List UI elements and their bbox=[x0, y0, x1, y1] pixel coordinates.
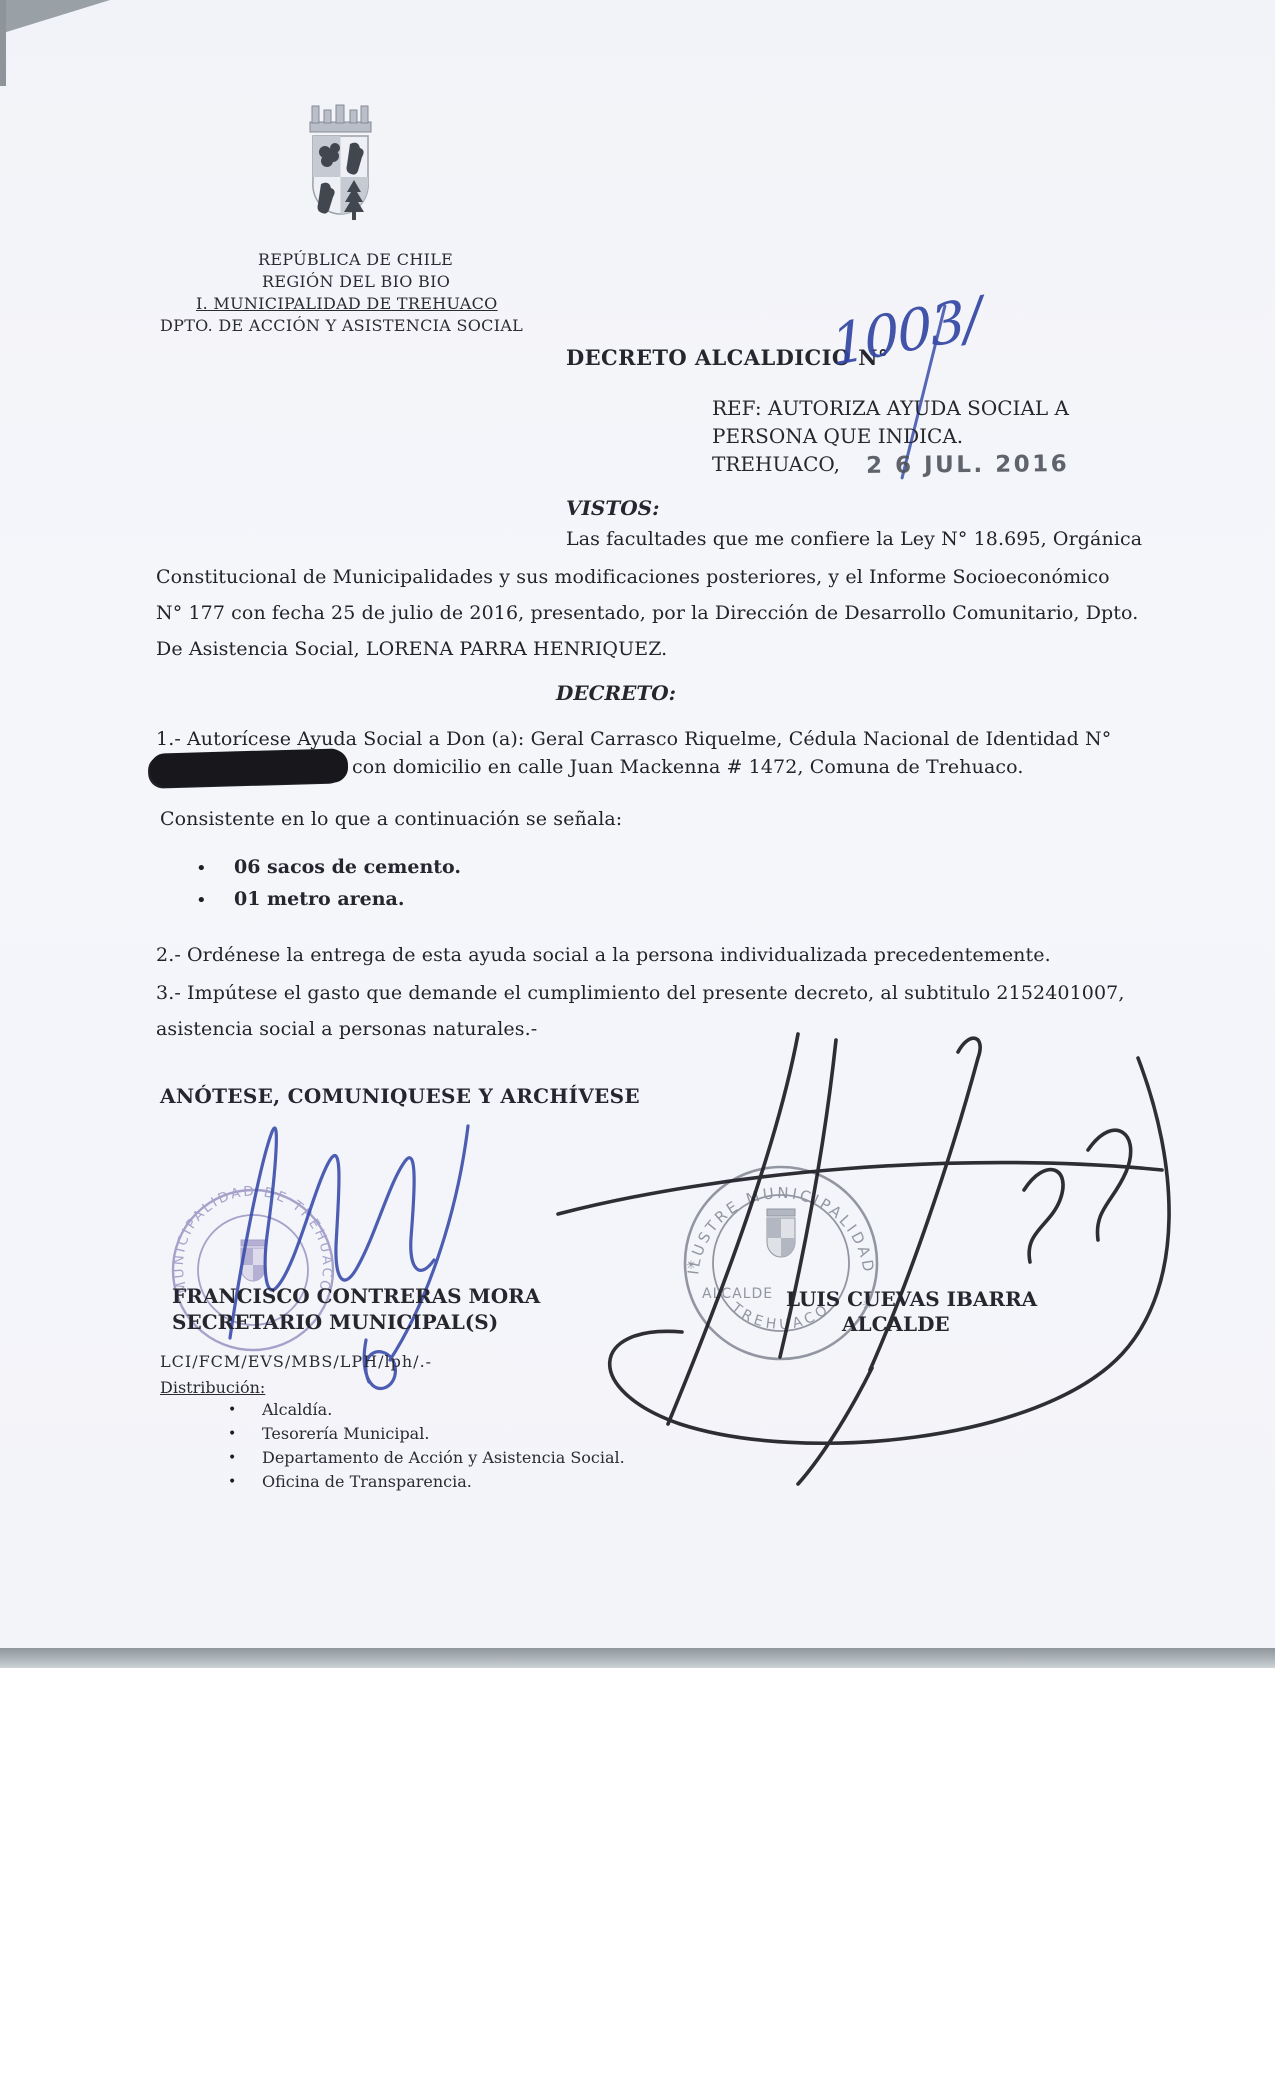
vistos-heading: VISTOS: bbox=[566, 496, 659, 520]
vistos-line-1: Las facultades que me confiere la Ley N°… bbox=[566, 528, 1142, 550]
decreto-item2: 2.- Ordénese la entrega de esta ayuda so… bbox=[156, 944, 1051, 966]
secretary-title: SECRETARIO MUNICIPAL(S) bbox=[172, 1310, 498, 1334]
mayor-title: ALCALDE bbox=[842, 1312, 950, 1336]
distribution-bullet-1: • bbox=[228, 1402, 236, 1418]
decreto-item1-line2: con domicilio en calle Juan Mackenna # 1… bbox=[352, 756, 1023, 778]
ref-line-1: REF: AUTORIZA AYUDA SOCIAL A bbox=[712, 396, 1069, 420]
decreto-item1-line1: 1.- Autorícese Ayuda Social a Don (a): G… bbox=[156, 728, 1111, 750]
vistos-line-4: De Asistencia Social, LORENA PARRA HENRI… bbox=[156, 638, 667, 660]
coat-of-arms bbox=[288, 100, 393, 240]
mayor-stroke-7 bbox=[558, 1163, 1162, 1214]
letterhead-department: DPTO. DE ACCIÓN Y ASISTENCIA SOCIAL bbox=[160, 316, 523, 335]
mayor-stroke-5 bbox=[1088, 1130, 1131, 1240]
aid-item-2: 01 metro arena. bbox=[234, 888, 404, 910]
mayor-signature-ink bbox=[540, 1022, 1180, 1492]
consistente-line: Consistente en lo que a continuación se … bbox=[160, 808, 622, 830]
date-stamp: 2 6 JUL. 2016 bbox=[866, 451, 1069, 479]
distribution-bullet-4: • bbox=[228, 1474, 236, 1490]
distribution-bullet-2: • bbox=[228, 1426, 236, 1442]
vistos-line-2: Constitucional de Municipalidades y sus … bbox=[156, 566, 1110, 588]
distribution-item-4: Oficina de Transparencia. bbox=[262, 1472, 472, 1491]
aid-bullet-2: • bbox=[196, 890, 207, 911]
aid-bullet-1: • bbox=[196, 858, 207, 879]
letterhead-country: REPÚBLICA DE CHILE bbox=[258, 250, 453, 269]
scan-corner-artifact bbox=[0, 0, 110, 34]
mayor-stroke-8 bbox=[798, 1368, 872, 1484]
aid-item-1: 06 sacos de cemento. bbox=[234, 856, 461, 878]
scan-edge-artifact bbox=[0, 0, 6, 86]
scanner-bed-edge bbox=[0, 1648, 1275, 1668]
distribution-item-3: Departamento de Acción y Asistencia Soci… bbox=[262, 1448, 625, 1467]
redaction-mark bbox=[150, 748, 347, 786]
decreto-item3-line2: asistencia social a personas naturales.- bbox=[156, 1018, 537, 1040]
ref-line-2: PERSONA QUE INDICA. bbox=[712, 424, 963, 448]
scanned-decree-page: REPÚBLICA DE CHILE REGIÓN DEL BIO BIO I.… bbox=[0, 0, 1275, 2100]
secretary-name: FRANCISCO CONTRERAS MORA bbox=[172, 1284, 540, 1308]
letterhead-region: REGIÓN DEL BIO BIO bbox=[262, 272, 450, 291]
decreto-item3-line1: 3.- Impútese el gasto que demande el cum… bbox=[156, 982, 1124, 1004]
mayor-name: LUIS CUEVAS IBARRA bbox=[786, 1287, 1037, 1311]
mayor-stroke-4 bbox=[1024, 1170, 1063, 1262]
initials-line: LCI/FCM/EVS/MBS/LPH/lph/.- bbox=[160, 1352, 432, 1371]
ref-place: TREHUACO, bbox=[712, 452, 840, 476]
distribution-item-2: Tesorería Municipal. bbox=[262, 1424, 429, 1443]
distribution-heading: Distribución: bbox=[160, 1378, 265, 1397]
letterhead-municipality: I. MUNICIPALIDAD DE TREHUACO bbox=[196, 294, 498, 313]
decreto-heading: DECRETO: bbox=[556, 681, 676, 705]
mayor-stroke-1 bbox=[668, 1034, 798, 1424]
distribution-bullet-3: • bbox=[228, 1450, 236, 1466]
mayor-stroke-6 bbox=[610, 1058, 1169, 1443]
distribution-item-1: Alcaldía. bbox=[262, 1400, 332, 1419]
vistos-line-3: N° 177 con fecha 25 de julio de 2016, pr… bbox=[156, 602, 1138, 624]
